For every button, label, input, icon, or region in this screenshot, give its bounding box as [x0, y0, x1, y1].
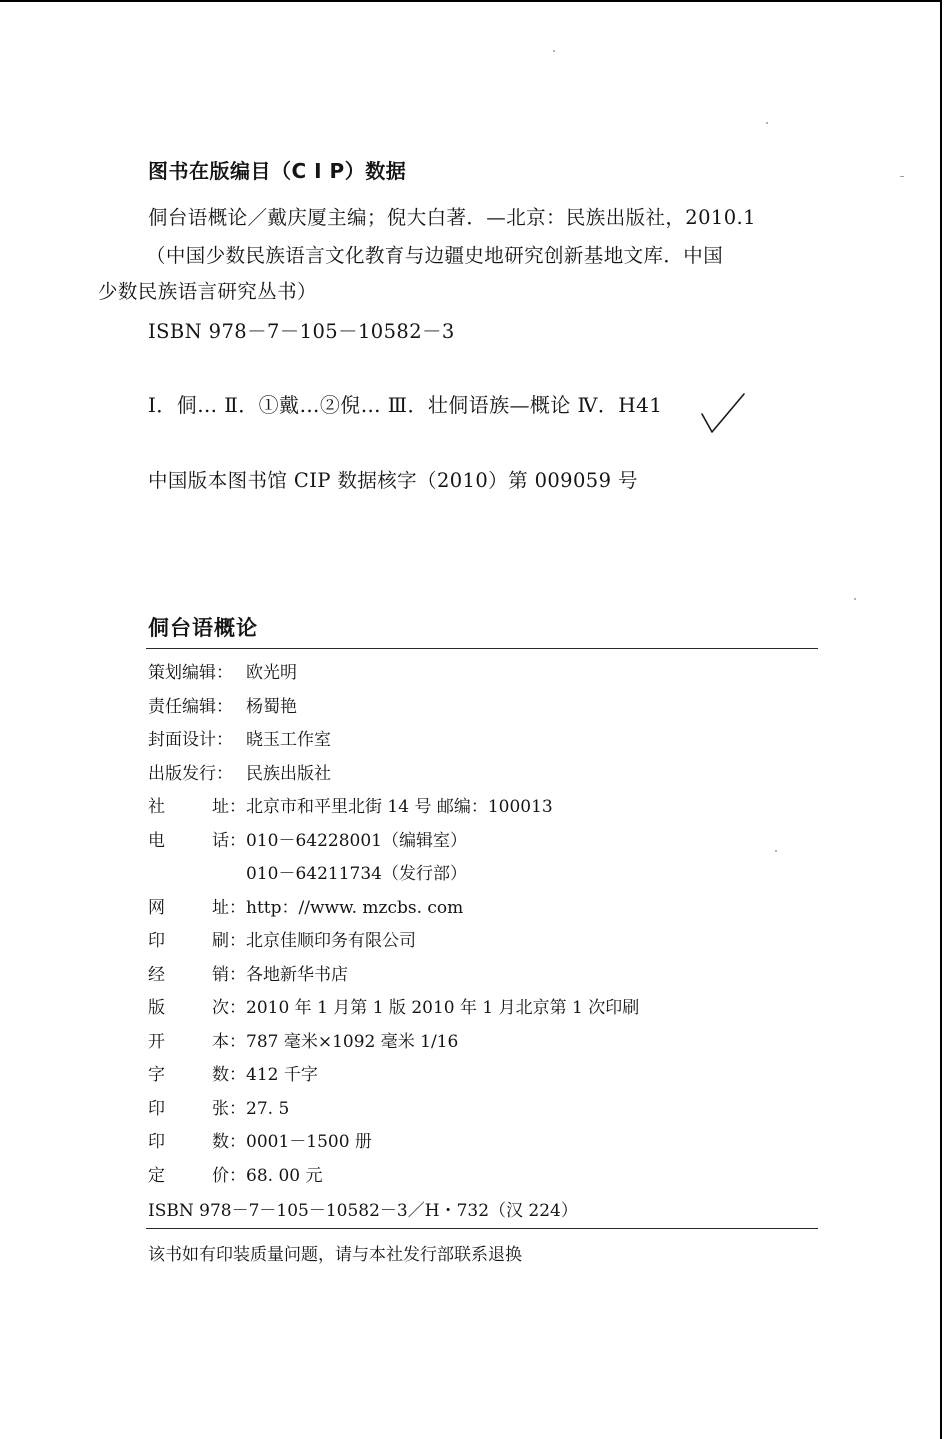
colophon-info-list: 策划编辑： 欧光明 责任编辑： 杨蜀艳 封面设计： 晓玉工作室 出版发行： 民族… [148, 661, 639, 1197]
info-value: http：//www. mzcbs. com [246, 896, 463, 930]
info-value: 787 毫米×1092 毫米 1/16 [246, 1030, 458, 1064]
info-value: 欧光明 [246, 661, 297, 695]
info-row-printed-sheets: 印张： 27. 5 [148, 1097, 639, 1131]
info-row-printer: 印刷： 北京佳顺印务有限公司 [148, 929, 639, 963]
cip-title-line: 侗台语概论／戴庆厦主编；倪大白著．—北京：民族出版社，2010.1 [148, 202, 756, 230]
checkmark-icon [700, 392, 746, 436]
info-label: 版次： [148, 996, 246, 1030]
cip-classification: Ⅰ．侗… Ⅱ．①戴…②倪… Ⅲ．壮侗语族—概论 Ⅳ．H41 [148, 389, 662, 418]
info-value: 68. 00 元 [246, 1164, 322, 1198]
info-row-publisher: 出版发行： 民族出版社 [148, 762, 639, 796]
scan-speck [775, 850, 777, 852]
info-label: 策划编辑： [148, 661, 246, 695]
info-row-website: 网址： http：//www. mzcbs. com [148, 896, 639, 930]
info-value: 北京市和平里北街 14 号 邮编：100013 [246, 795, 553, 829]
info-label: 责任编辑： [148, 695, 246, 729]
info-row-word-count: 字数： 412 千字 [148, 1063, 639, 1097]
info-value: 北京佳顺印务有限公司 [246, 929, 416, 963]
info-label-empty [148, 862, 246, 896]
scan-speck [854, 598, 856, 600]
cip-isbn: ISBN 978－7－105－10582－3 [148, 316, 455, 344]
info-value: 晓玉工作室 [246, 728, 331, 762]
quality-notice: 该书如有印装质量问题，请与本社发行部联系退换 [148, 1240, 522, 1265]
info-label: 印张： [148, 1097, 246, 1131]
info-label: 印刷： [148, 929, 246, 963]
info-label: 印数： [148, 1130, 246, 1164]
info-row-edition: 版次： 2010 年 1 月第 1 版 2010 年 1 月北京第 1 次印刷 [148, 996, 639, 1030]
info-row-planning-editor: 策划编辑： 欧光明 [148, 661, 639, 695]
info-row-phone-2: 010－64211734（发行部） [148, 862, 639, 896]
cip-heading: 图书在版编目（C I P）数据 [148, 155, 406, 184]
info-label: 电话： [148, 829, 246, 863]
info-row-address: 社址： 北京市和平里北街 14 号 邮编：100013 [148, 795, 639, 829]
info-row-cover-design: 封面设计： 晓玉工作室 [148, 728, 639, 762]
info-row-phone: 电话： 010－64228001（编辑室） [148, 829, 639, 863]
scan-speck [766, 122, 768, 124]
info-label: 开本： [148, 1030, 246, 1064]
cip-series-line: （中国少数民族语言文化教育与边疆史地研究创新基地文库．中国 [146, 240, 723, 268]
info-value: 各地新华书店 [246, 963, 348, 997]
info-label: 定价： [148, 1164, 246, 1198]
info-value: 2010 年 1 月第 1 版 2010 年 1 月北京第 1 次印刷 [246, 996, 639, 1030]
divider-bottom [146, 1228, 818, 1229]
cip-library-record: 中国版本图书馆 CIP 数据核字（2010）第 009059 号 [148, 465, 638, 493]
info-label: 封面设计： [148, 728, 246, 762]
info-label: 字数： [148, 1063, 246, 1097]
divider-top [146, 648, 818, 649]
isbn-full: ISBN 978－7－105－10582－3／H・732（汉 224） [148, 1196, 578, 1221]
cip-series-line-cont: 少数民族语言研究丛书） [98, 276, 317, 304]
info-value: 杨蜀艳 [246, 695, 297, 729]
scan-speck [900, 176, 904, 177]
info-value: 010－64228001（编辑室） [246, 829, 467, 863]
info-row-format: 开本： 787 毫米×1092 毫米 1/16 [148, 1030, 639, 1064]
info-label: 出版发行： [148, 762, 246, 796]
info-label: 网址： [148, 896, 246, 930]
info-row-distributor: 经销： 各地新华书店 [148, 963, 639, 997]
info-value: 0001－1500 册 [246, 1130, 372, 1164]
book-title: 侗台语概论 [148, 612, 258, 642]
info-value: 010－64211734（发行部） [246, 862, 467, 896]
info-row-print-run: 印数： 0001－1500 册 [148, 1130, 639, 1164]
info-value: 412 千字 [246, 1063, 318, 1097]
info-value: 民族出版社 [246, 762, 331, 796]
info-row-responsible-editor: 责任编辑： 杨蜀艳 [148, 695, 639, 729]
info-value: 27. 5 [246, 1097, 289, 1131]
info-label: 社址： [148, 795, 246, 829]
info-label: 经销： [148, 963, 246, 997]
scan-speck [553, 50, 555, 52]
info-row-price: 定价： 68. 00 元 [148, 1164, 639, 1198]
